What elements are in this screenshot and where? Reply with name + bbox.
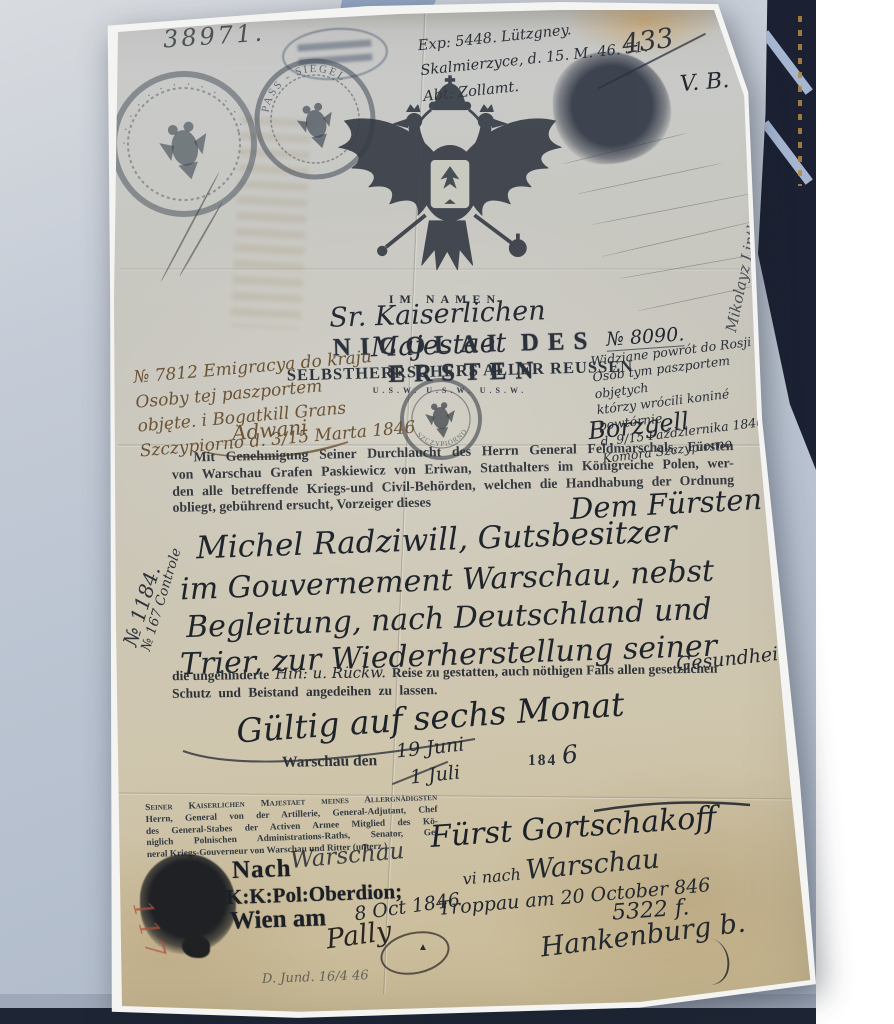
clerk-initials: V. B.: [679, 68, 730, 97]
ink-blob-stamp: [553, 52, 671, 164]
grantee-line: im Gouvernement Warschau, nebst: [180, 554, 715, 608]
pen-flourish: [175, 733, 485, 771]
clause-suffix: Reise zu gestatten, auch nöthigen Falls …: [392, 661, 718, 682]
signatory-small-print: Seiner Kaiserlichen Majestaet meines All…: [145, 793, 439, 862]
note-line: Widziane powrót do Rosji: [590, 331, 776, 370]
clause-handwritten-insert: Hin: u. Rückw.: [275, 663, 386, 683]
crown-cross: [449, 76, 452, 85]
warschau-hand-overlay: Warschau: [289, 838, 405, 874]
orb-icon: [509, 240, 526, 257]
scepter-icon: [377, 246, 386, 255]
austrian-eagle-ink-stamp: [140, 854, 236, 954]
pass-number: № 8090.: [605, 323, 685, 351]
faint-handwriting-line: [577, 162, 724, 194]
faint-handwriting-line: [637, 286, 755, 312]
eagle-tail: [422, 221, 473, 270]
crown-icon: [435, 83, 465, 104]
faint-diagonal-signature: [179, 201, 224, 276]
seal-rim-text: SZCZYPIORNO: [414, 424, 470, 452]
grantee-line: Gesundheit: [675, 642, 787, 675]
seal-eagle-icon: [294, 100, 340, 152]
transit-signature: Hankenburg b.: [539, 908, 747, 964]
vienna-stamp-line: Wien am: [230, 904, 327, 935]
ink-bleedthrough: [231, 116, 312, 329]
oval-stamp: [280, 24, 389, 83]
issue-date-julian: 19 Juni: [395, 733, 465, 762]
crease-line: [120, 268, 740, 271]
faint-date-note: D. Jund. 16/4 46: [262, 968, 369, 987]
warschau-endorsement: vi nach Warschau: [461, 843, 661, 891]
crease-line: [118, 792, 798, 801]
grantee-line: Michel Radziwill, Gutsbesitzer: [196, 514, 678, 567]
grantee-line: Begleitung, nach Deutschland und: [186, 592, 713, 645]
pen-flourish: [592, 798, 754, 814]
eagle-body: [422, 145, 479, 220]
faint-diagonal-signature: [160, 172, 220, 282]
endorsement-place: Warschau: [524, 843, 660, 886]
eagle-wing: [339, 119, 439, 215]
issue-year-handwritten: 6: [561, 739, 579, 769]
date-fraction-slash: [392, 761, 448, 785]
svg-text:SZCZYPIORNO: SZCZYPIORNO: [414, 424, 470, 452]
vienna-date-hand: 8 Oct 1846: [353, 889, 461, 926]
shield-eaglet-icon: [441, 166, 460, 204]
document-sheet: 38971. Exp: 5448. Lützgney. Skalmierzyce…: [0, 0, 816, 1024]
eagle-head: [478, 113, 493, 128]
pass-seal-stamp: PASS - SIEGEL: [239, 43, 392, 196]
im-namen-heading: IM NAMEN: [340, 292, 550, 307]
signatory-line: Herrn, General von der Artillerie, Gener…: [145, 805, 437, 827]
signature-loop-flourish: [376, 925, 453, 981]
margin-number-line: № 167 Controle: [138, 546, 184, 653]
eagle-head: [407, 113, 422, 128]
photo-backdrop: 38971. Exp: 5448. Lützgney. Skalmierzyce…: [0, 0, 816, 1024]
faint-handwriting-line: [562, 132, 688, 164]
double-headed-eagle-emblem: [322, 72, 578, 298]
edge-rotated-note: Mikolayz Lintber 846: [722, 171, 773, 334]
gortschakoff-endorsement: Fürst Gortschakoff: [429, 800, 718, 855]
left-customs-note: № 7812 Emigracya do kraju Osoby tej pasz…: [132, 334, 499, 464]
dispatch-note: Exp: 5448. Lützgney. Skalmierzyce, d. 15…: [417, 6, 693, 110]
pen-flourish: [598, 33, 706, 89]
oval-stamp-text-line: [298, 53, 372, 65]
note-line: № 7812 Emigracya do kraju: [132, 334, 493, 390]
heraldic-shield: [429, 159, 470, 210]
print-line: obliegt, gebührend ersucht, Vorzeiger di…: [172, 489, 734, 518]
issue-year-printed: 184: [528, 752, 557, 770]
signatory-line: neral Kriegs-Gouverneur von Warschau und…: [147, 840, 439, 862]
crease-line: [118, 444, 778, 447]
endorsement-number: 5322 f.: [611, 895, 690, 925]
passport-paper: 38971. Exp: 5448. Lützgney. Skalmierzyce…: [0, 0, 816, 1024]
folio-number: 433: [620, 23, 675, 61]
autocrat-heading: SELBSTHERRSCHERS ALLER REUSSEN: [270, 356, 650, 386]
note-line: Szczypiorno d. 3/15 Marta 1846: [139, 408, 500, 464]
clause-prefix: die ungehinderte: [172, 667, 269, 684]
grantee-line: Trier, zur Wiederherstellung seiner: [180, 629, 718, 683]
red-pencil-mark: 117: [126, 897, 172, 965]
signatory-line: des General-Stabes der Activen Armee Mit…: [146, 817, 438, 839]
dispatch-line: Abt: Zollamt.: [422, 57, 693, 110]
dispatch-line: Skalmierzyce, d. 15. M. 46. 51.: [419, 31, 690, 84]
faint-handwriting-line: [591, 192, 758, 225]
margin-number-line: № 1184.: [118, 540, 172, 649]
note-line: Osoby tej paszportem: [135, 359, 496, 415]
signature-tail-flourish: [684, 935, 733, 988]
seal-triangle-mark: ▲: [418, 942, 428, 953]
usw-line: U.S.W. U.S.W. U.S.W.: [330, 386, 570, 395]
margin-control-number: № 1184. № 167 Controle: [118, 540, 185, 653]
note-line: Osób tym paszportem objętych: [592, 347, 780, 402]
vienna-stamp-line: Nach: [232, 855, 293, 885]
right-note-signature: Borzgell: [587, 407, 690, 445]
print-line: den alle betreffende Kriegs-und Civil-Be…: [172, 472, 734, 501]
vienna-signature: Pally: [324, 916, 393, 956]
crease-line: [383, 10, 427, 994]
oval-stamp-text-line: [297, 39, 371, 51]
note-line: którzy wrócili koniné powtórnie: [596, 380, 784, 435]
photo-of-1846-passport-document: 38971. Exp: 5448. Lützgney. Skalmierzyce…: [0, 0, 894, 1024]
signatory-line: niglich Polnischen Administrations-Raths…: [146, 828, 438, 850]
faint-handwriting-line: [619, 254, 757, 279]
svg-text:PASS - SIEGEL: PASS - SIEGEL: [251, 54, 353, 116]
endorsement-prefix: vi nach: [462, 865, 522, 889]
left-note-signature: Adwani: [231, 415, 308, 445]
imperial-seal-stamp: · · · · · · · · · · · · · ·: [94, 54, 274, 234]
signatory-line: Seiner Kaiserlichen Majestaet meines All…: [145, 793, 437, 815]
validity-note: Gültig auf sechs Monat: [235, 684, 625, 750]
border-customs-seal-stamp: SZCZYPIORNO: [392, 370, 489, 467]
grantee-line: Dem Fürsten: [569, 482, 763, 526]
troppau-endorsement: Troppau am 20 October 846: [438, 874, 712, 920]
print-line: Mit Genehmigung Seiner Durchlaucht des H…: [171, 438, 733, 467]
dispatch-line: Exp: 5448. Lützgney.: [417, 6, 688, 59]
issue-place-label: Warschau den: [282, 752, 377, 772]
travel-clause-line2: Schutz und Beistand angedeihen zu lassen…: [172, 682, 438, 702]
printed-authorization-paragraph: Mit Genehmigung Seiner Durchlaucht des H…: [171, 438, 734, 517]
pen-flourish: [198, 436, 358, 462]
seal-eagle-icon: [424, 401, 459, 440]
majesty-heading: Sr. Kaiserlichen Majestaet: [267, 293, 609, 367]
vienna-stamp-line: K:K:Pol:Oberdion;: [226, 879, 403, 910]
print-line: von Warschau Grafen Paskiewicz von Eriwa…: [172, 455, 734, 484]
seal-rim-text: PASS - SIEGEL: [251, 54, 353, 116]
note-line: objęte. i Bogatkill Grans: [137, 384, 498, 440]
emperor-name-heading: NICOLAI DES ERSTEN: [249, 325, 680, 392]
travel-clause-line: die ungehinderte Hin: u. Rückw. Reise zu…: [172, 658, 778, 684]
faint-handwriting-line: [602, 220, 758, 257]
seal-eagle-icon: [156, 118, 215, 184]
issue-date-gregorian: 1 Juli: [409, 761, 461, 788]
